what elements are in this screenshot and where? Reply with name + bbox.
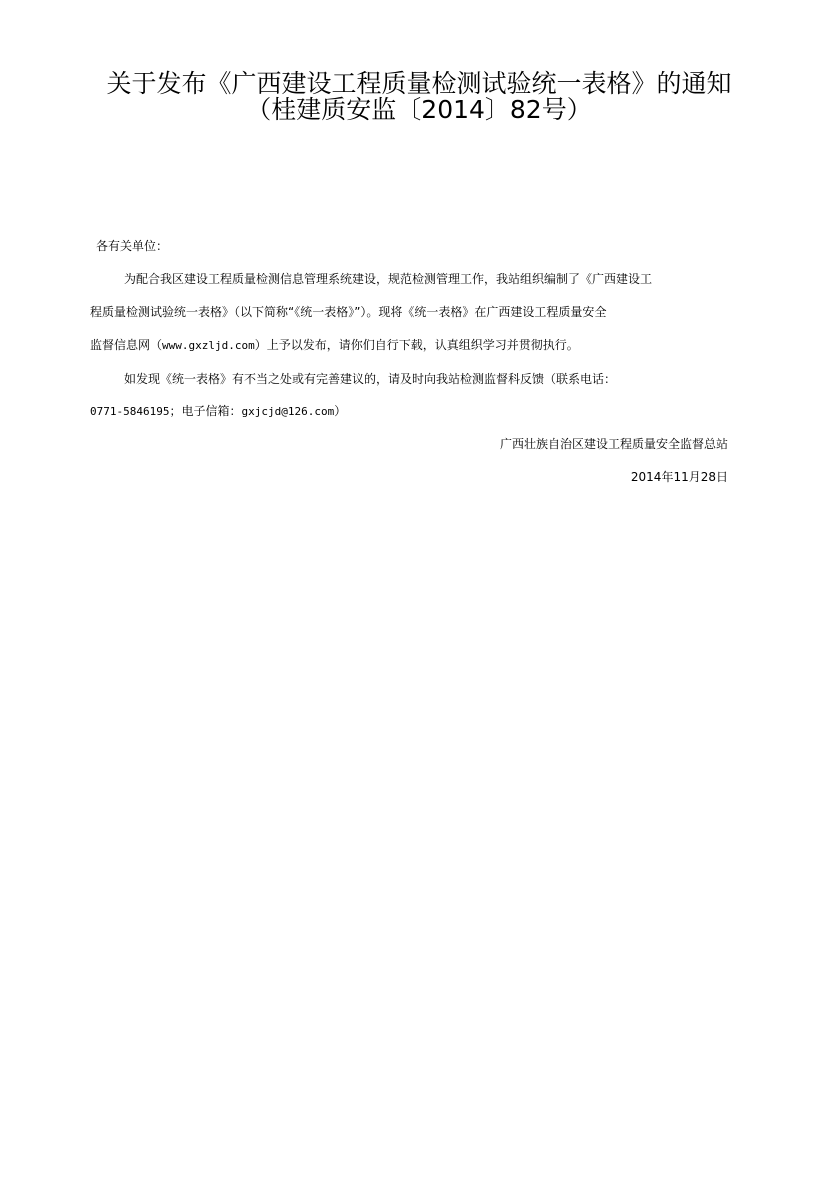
paragraph1-line3-pre: 监督信息网（ bbox=[90, 338, 162, 352]
paragraph1-line3-post: ）上予以发布，请你们自行下载，认真组织学习并贯彻执行。 bbox=[255, 338, 579, 352]
paragraph2-end: ） bbox=[334, 404, 346, 418]
email-address: gxjcjd@126.com bbox=[242, 405, 335, 418]
website-url: www.gxzljd.com bbox=[162, 339, 255, 352]
document-date: 2014年11月28日 bbox=[631, 469, 728, 485]
paragraph1-line2: 程质量检测试验统一表格》（以下简称“《统一表格》”）。现将《统一表格》在广西建设… bbox=[90, 304, 606, 320]
paragraph2-line1: 如发现《统一表格》有不当之处或有完善建议的，请及时向我站检测监督科反馈（联系电话… bbox=[124, 371, 616, 387]
paragraph2-line2: 0771-5846195；电子信箱：gxjcjd@126.com） bbox=[90, 403, 346, 420]
email-label: ；电子信箱： bbox=[169, 404, 241, 418]
document-title-line1: 关于发布《广西建设工程质量检测试验统一表格》的通知 bbox=[0, 70, 838, 98]
paragraph1-line1: 为配合我区建设工程质量检测信息管理系统建设，规范检测管理工作，我站组织编制了《广… bbox=[124, 271, 652, 287]
document-title-line2: （桂建质安监〔2014〕82号） bbox=[0, 96, 838, 124]
paragraph1-line3: 监督信息网（www.gxzljd.com）上予以发布，请你们自行下载，认真组织学… bbox=[90, 337, 579, 354]
signature: 广西壮族自治区建设工程质量安全监督总站 bbox=[500, 436, 728, 452]
salutation: 各有关单位： bbox=[96, 238, 168, 254]
phone-number: 0771-5846195 bbox=[90, 405, 169, 418]
